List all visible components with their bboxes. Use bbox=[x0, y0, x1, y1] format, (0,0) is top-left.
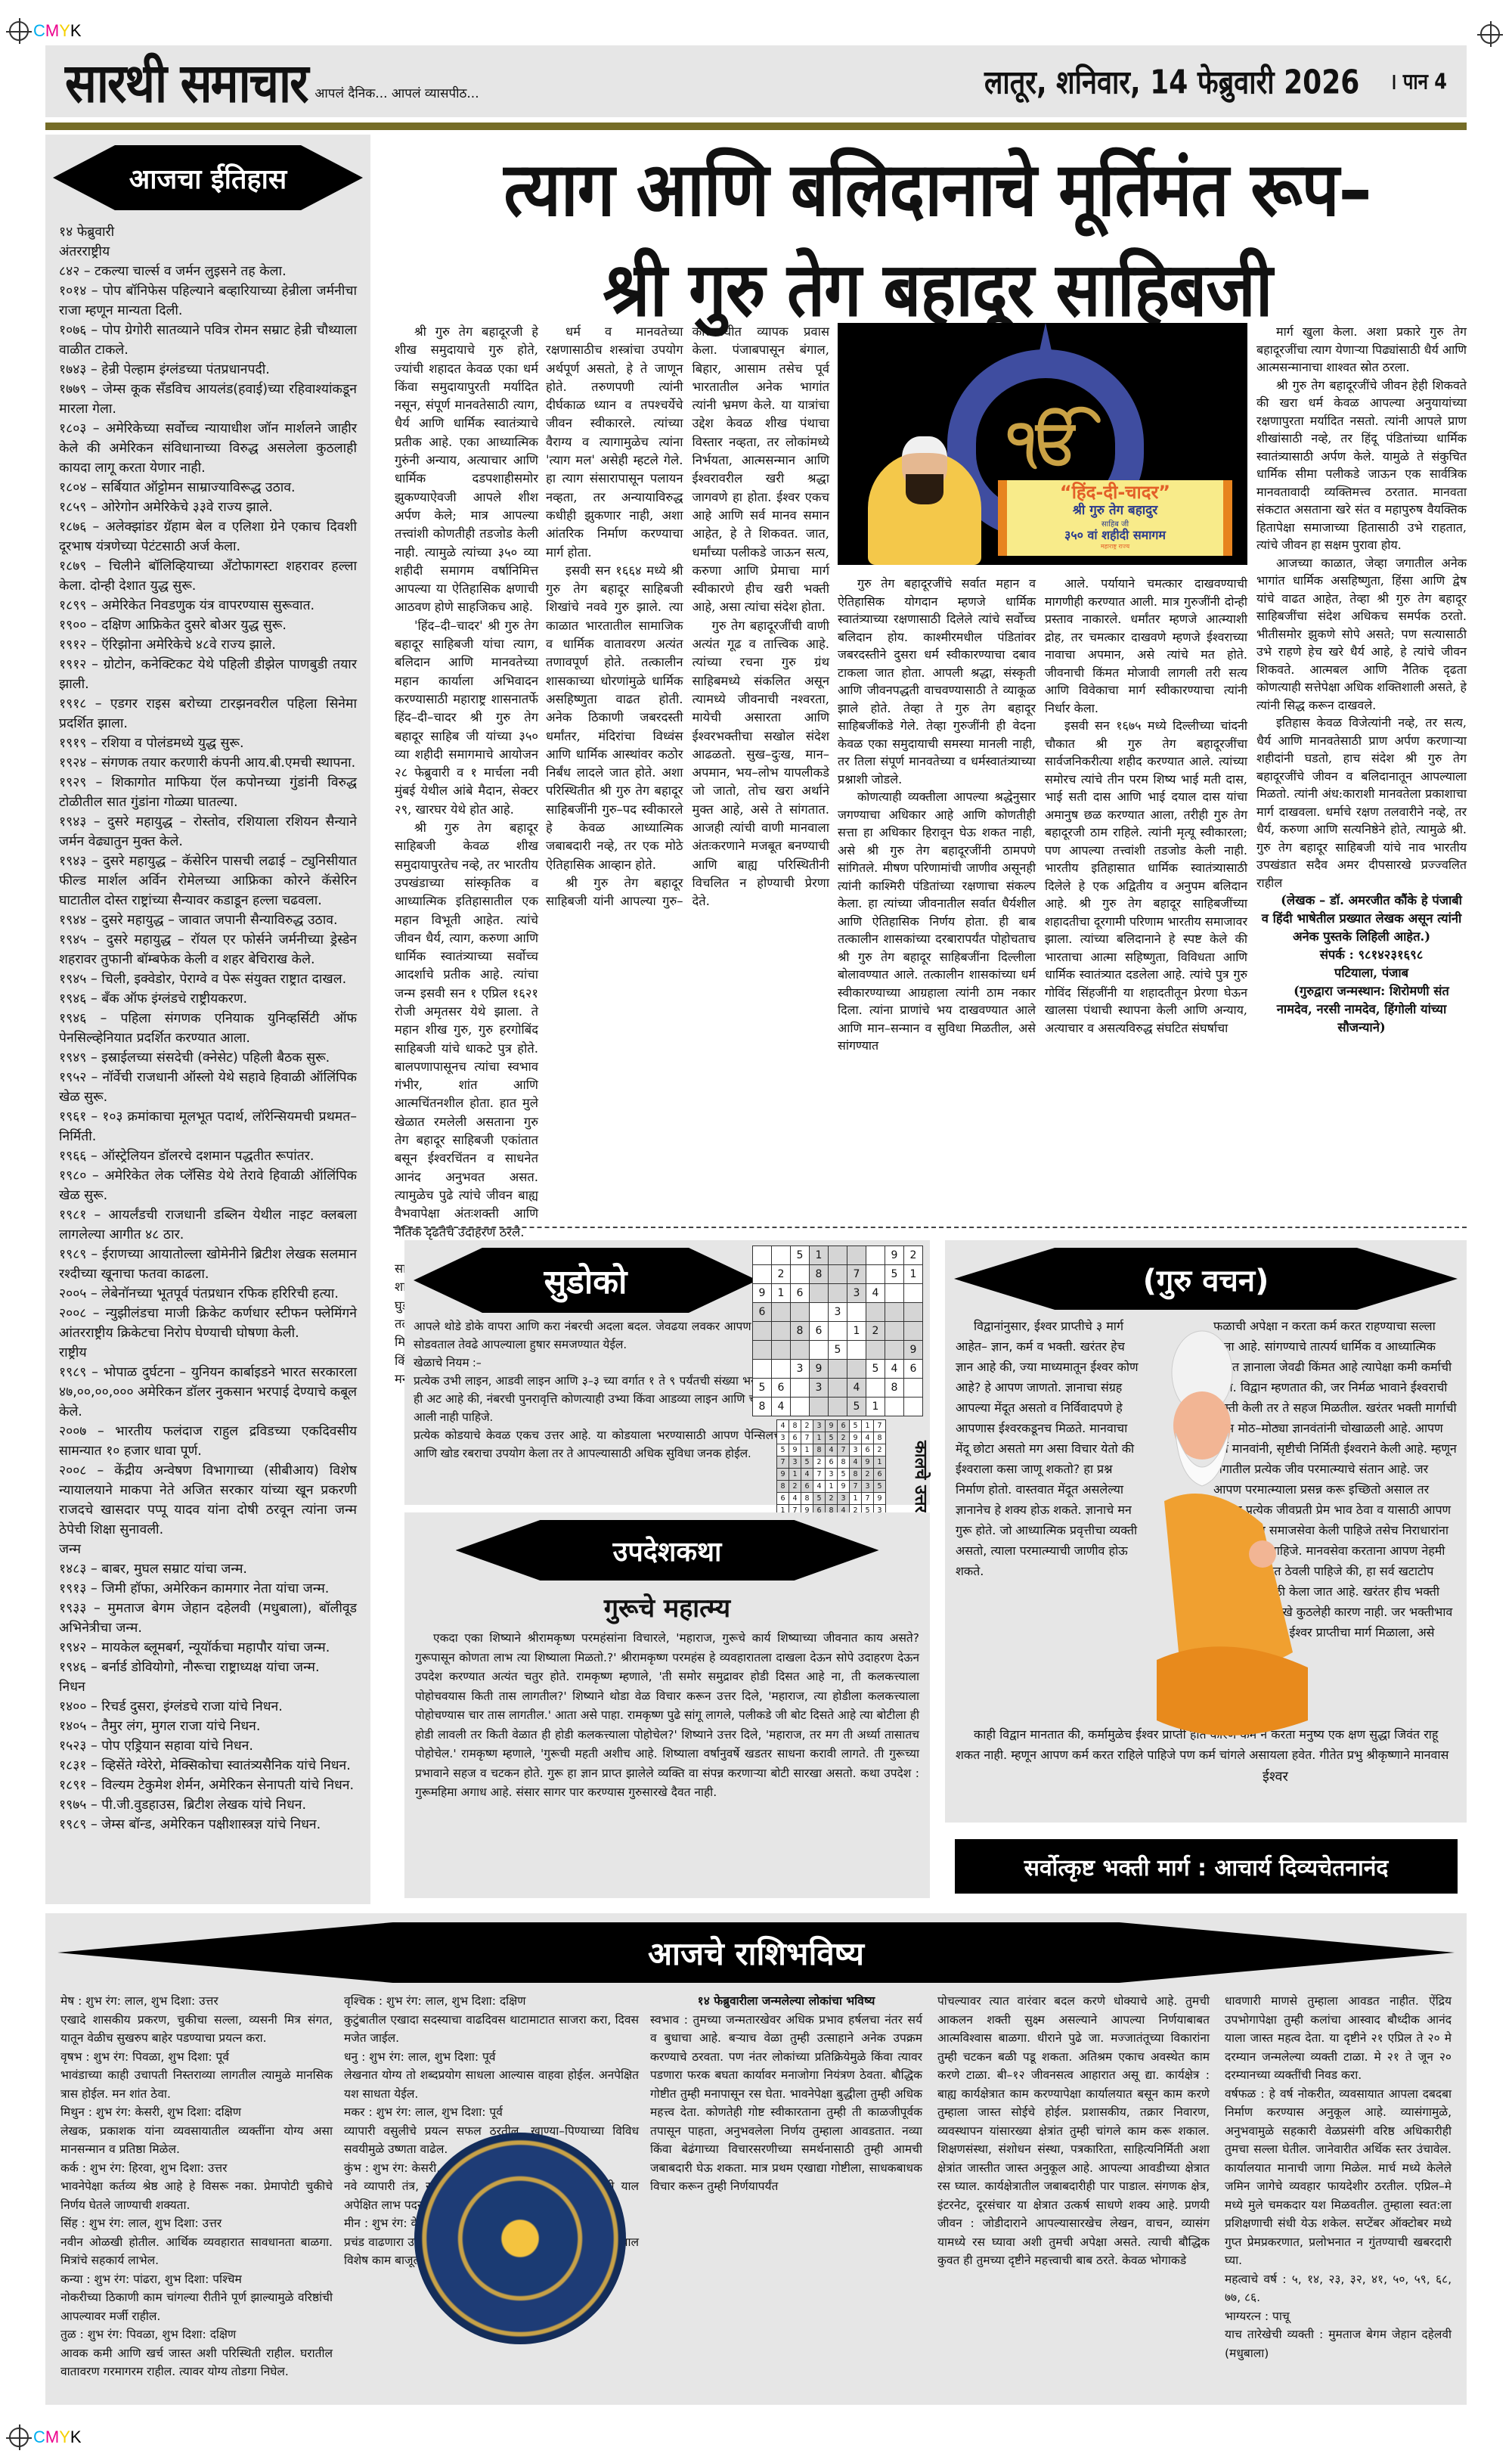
grid-cell[interactable] bbox=[772, 1360, 791, 1379]
grid-cell: 4 bbox=[813, 1481, 826, 1493]
grid-row: 39546 bbox=[753, 1360, 923, 1379]
grid-cell[interactable]: 5 bbox=[791, 1246, 810, 1265]
ik-onkar-icon: ੴ bbox=[1008, 406, 1081, 477]
grid-cell[interactable]: 9 bbox=[753, 1284, 772, 1303]
article-paragraph: इसवी सन १६७५ मध्ये दिल्लीच्या चांदनी चौक… bbox=[1045, 717, 1247, 1037]
rashi-sign-direction: उत्तर bbox=[203, 2216, 222, 2230]
grid-cell[interactable] bbox=[829, 1265, 847, 1284]
sudoku-heading: सुडोको bbox=[414, 1248, 758, 1313]
grid-row: 5192 bbox=[753, 1246, 923, 1265]
grid-cell: 2 bbox=[826, 1493, 838, 1505]
courtesy-note: (गुरुद्वारा जन्मस्थान: शिरोमणी संत नामदे… bbox=[1256, 982, 1467, 1037]
grid-cell[interactable] bbox=[791, 1379, 810, 1398]
grid-row: 591847362 bbox=[777, 1444, 886, 1456]
yearly-forecast: वर्षफळ : हे वर्ष नोकरीत, व्यवसायात आपला … bbox=[1225, 2085, 1452, 2270]
article-paragraph: गुरु तेग बहादूरजींची वाणी अत्यंत गूढ व त… bbox=[692, 617, 830, 911]
grid-cell: 7 bbox=[850, 1481, 862, 1493]
grid-cell[interactable] bbox=[829, 1322, 847, 1341]
history-item: ८४२ – टकल्या चार्ल्स व जर्मन लुइसने तह क… bbox=[59, 262, 357, 281]
rashi-sign-header: मकर : शुभ रंग: लाल, शुभ दिशा: पूर्व bbox=[344, 2103, 639, 2122]
grid-cell[interactable]: 3 bbox=[847, 1284, 866, 1303]
grid-cell: 8 bbox=[789, 1420, 801, 1432]
grid-cell: 4 bbox=[850, 1456, 862, 1469]
story-paragraph: एकदा एका शिष्याने श्रीरामकृष्ण परमहंसांन… bbox=[415, 1629, 919, 1803]
history-item: १९०० – दक्षिण आफ्रिकेत दुसरे बोअर युद्ध … bbox=[59, 616, 357, 635]
grid-cell[interactable]: 6 bbox=[810, 1322, 829, 1341]
grid-cell: 7 bbox=[838, 1444, 850, 1456]
grid-cell[interactable] bbox=[829, 1379, 847, 1398]
sudoku-puzzle-grid: 519228751916346386125939546563488451 bbox=[752, 1246, 923, 1416]
grid-cell: 6 bbox=[789, 1432, 801, 1444]
history-item: १९१२ – ऍरिझोना अमेरिकेचे ४८वे राज्य झाले… bbox=[59, 635, 357, 655]
history-item: १८९१ – विल्यम टेकुमेश शेर्मन, अमेरिकन से… bbox=[59, 1776, 357, 1795]
history-item: १९५२ – नॉर्वेची राजधानी ऑस्लो येथे सहावे… bbox=[59, 1068, 357, 1107]
history-heading: आजचा ईतिहास bbox=[53, 145, 363, 210]
history-item: १९६१ – १०३ क्रमांकाचा मूलभूत पदार्थ, लॉर… bbox=[59, 1107, 357, 1146]
grid-row: 8451 bbox=[753, 1398, 923, 1416]
grid-cell[interactable] bbox=[866, 1303, 885, 1322]
grid-cell[interactable]: 1 bbox=[866, 1398, 885, 1416]
grid-cell: 2 bbox=[813, 1456, 826, 1469]
grid-cell: 8 bbox=[850, 1469, 862, 1481]
rashi-sign-direction: दक्षिण bbox=[215, 2105, 241, 2119]
rashi-sign-text: नवीन ओळखी होतील. आर्थिक व्यवहारात सावधान… bbox=[60, 2233, 333, 2270]
grid-cell[interactable]: 1 bbox=[810, 1246, 829, 1265]
grid-cell[interactable]: 6 bbox=[904, 1360, 923, 1379]
rashi-sign-name: मेष bbox=[60, 1994, 74, 2008]
zodiac-wheel-icon bbox=[414, 2133, 626, 2344]
rashi-sign-name: सिंह bbox=[60, 2216, 78, 2230]
grid-cell[interactable] bbox=[772, 1322, 791, 1341]
grid-cell[interactable] bbox=[866, 1341, 885, 1360]
history-item: १९४५ – दुसरे महायुद्ध – रॉयल एर फोर्सने … bbox=[59, 930, 357, 969]
rashi-sign-color: लाल bbox=[128, 2216, 147, 2230]
grid-cell: 8 bbox=[813, 1444, 826, 1456]
grid-cell: 9 bbox=[826, 1420, 838, 1432]
horoscope-heading: आजचे राशिभविष्य bbox=[57, 1922, 1455, 1983]
article-paragraph: 'हिंद–दी–चादर' श्री गुरु तेग बहादूर साहि… bbox=[395, 617, 538, 819]
grid-cell: 9 bbox=[838, 1481, 850, 1493]
history-item: १९४३ – दुसरे महायुद्ध – रोस्तोव, रशियाला… bbox=[59, 812, 357, 852]
grid-cell: 1 bbox=[850, 1493, 862, 1505]
guru-tegh-bahadur-image: ੴ “हिंद-दी-चादर” श्री गुरु तेग बहादुर सा… bbox=[838, 323, 1247, 565]
grid-row: 63 bbox=[753, 1303, 923, 1322]
rashi-sign-header: धनु : शुभ रंग: लाल, शुभ दिशा: पूर्व bbox=[344, 2048, 639, 2067]
grid-cell: 5 bbox=[777, 1444, 789, 1456]
grid-cell[interactable]: 1 bbox=[772, 1284, 791, 1303]
grid-cell[interactable]: 5 bbox=[753, 1379, 772, 1398]
rashi-sign-name: वृश्चिक bbox=[344, 1994, 375, 2008]
grid-cell[interactable]: 9 bbox=[810, 1360, 829, 1379]
cmyk-print-mark: CMYK bbox=[9, 21, 82, 41]
grid-cell: 3 bbox=[862, 1481, 874, 1493]
history-section-label: राष्ट्रीय bbox=[59, 1343, 357, 1363]
rashi-sign-name: धनु bbox=[344, 2050, 358, 2064]
horoscope-column-3: १४ फेब्रुवारीला जन्मलेल्या लोकांचा भविष्… bbox=[650, 1992, 922, 2196]
grid-row: 56348 bbox=[753, 1379, 923, 1398]
grid-cell: 1 bbox=[874, 1456, 886, 1469]
rashi-sign-text: भावंडाच्या काही उचापती निस्तराव्या लागती… bbox=[60, 2066, 333, 2103]
saint-illustration-icon: ईश्वर bbox=[1149, 1327, 1315, 1811]
banner-event: ३५० वां शहीदी समागम bbox=[1007, 529, 1223, 542]
sudoku-rules: प्रत्येक उभी लाइन, आडवी लाइन आणि ३–३ च्य… bbox=[414, 1372, 784, 1426]
grid-cell[interactable] bbox=[904, 1303, 923, 1322]
grid-cell: 1 bbox=[813, 1432, 826, 1444]
grid-row: 59 bbox=[753, 1341, 923, 1360]
history-item: १९७५ – पी.जी.वुडहाउस, ब्रिटीश लेखक यांचे… bbox=[59, 1795, 357, 1815]
article-column-5: मार्ग खुला केला. अशा प्रकारे गुरु तेग बह… bbox=[1256, 323, 1467, 1037]
grid-cell[interactable]: 8 bbox=[753, 1398, 772, 1416]
newspaper-title: सारथी समाचार bbox=[65, 45, 307, 118]
grid-row: 8612 bbox=[753, 1322, 923, 1341]
history-item: १८५९ – ओरेगोन अमेरिकेचे ३३वे राज्य झाले. bbox=[59, 498, 357, 517]
grid-cell[interactable]: 2 bbox=[866, 1322, 885, 1341]
banner-sub: साहिब जी bbox=[1007, 518, 1223, 529]
banner-scroll: “हिंद-दी-चादर” श्री गुरु तेग बहादुर साहि… bbox=[998, 480, 1232, 556]
history-item: २००७ – भारतीय फलंदाज राहुल द्रविडच्या एक… bbox=[59, 1422, 357, 1461]
grid-cell: 7 bbox=[777, 1456, 789, 1469]
banner-title: “हिंद-दी-चादर” bbox=[1007, 482, 1223, 503]
rashi-sign-header: मिथुन : शुभ रंग: केसरी, शुभ दिशा: दक्षिण bbox=[60, 2103, 333, 2122]
grid-cell[interactable]: 8 bbox=[791, 1322, 810, 1341]
sudoku-intro: आपले थोडे डोके वापरा आणि करा नंबरची अदला… bbox=[414, 1317, 784, 1354]
grid-cell[interactable]: 5 bbox=[885, 1265, 904, 1284]
grid-cell[interactable] bbox=[904, 1284, 923, 1303]
history-item: १९६६ – ऑस्ट्रेलियन डॉलरचे दशमान पद्धतीत … bbox=[59, 1146, 357, 1166]
cmyk-print-mark-bottom: CMYK bbox=[9, 2427, 82, 2447]
rashi-sign-color: हिरवा bbox=[129, 2161, 152, 2175]
history-item: २००८ – न्युझीलंडचा माजी क्रिकेट कर्णधार … bbox=[59, 1304, 357, 1343]
cmyk-label: CMYK bbox=[33, 21, 82, 41]
history-item: १५२३ – पोप एड्रियान सहावा यांचे निधन. bbox=[59, 1736, 357, 1756]
sudoku-rules-label: खेळाचे नियम :– bbox=[414, 1354, 784, 1372]
grid-cell[interactable]: 8 bbox=[885, 1379, 904, 1398]
grid-cell[interactable]: 4 bbox=[866, 1284, 885, 1303]
grid-cell[interactable] bbox=[810, 1303, 829, 1322]
rashi-sign-color: लाल bbox=[426, 1994, 445, 2008]
history-item: १७४३ – हेन्री पेल्हाम इंग्लंडच्या पंतप्र… bbox=[59, 360, 357, 380]
grid-cell: 8 bbox=[874, 1432, 886, 1444]
grid-cell[interactable] bbox=[753, 1360, 772, 1379]
history-section-label: अंतरराष्ट्रीय bbox=[59, 242, 357, 262]
rashi-sign-header: वृश्चिक : शुभ रंग: लाल, शुभ दिशा: दक्षिण bbox=[344, 1992, 639, 2011]
grid-cell[interactable] bbox=[829, 1398, 847, 1416]
grid-cell[interactable] bbox=[847, 1360, 866, 1379]
grid-cell: 1 bbox=[826, 1481, 838, 1493]
grid-cell: 8 bbox=[801, 1493, 813, 1505]
grid-cell: 6 bbox=[838, 1420, 850, 1432]
same-date-person: याच तारेखेची व्यक्ती : मुमताज बेगम जेहान… bbox=[1225, 2325, 1452, 2362]
history-section-label: निधन bbox=[59, 1677, 357, 1697]
history-item: १८३१ – व्हिसेंते ग्वेरेरो, मेक्सिकोचा स्… bbox=[59, 1756, 357, 1776]
rashi-sign-name: कुंभ bbox=[344, 2161, 361, 2175]
history-item: १९४९ – इस्राईलच्या संसदेची (क्नेसेट) पहि… bbox=[59, 1048, 357, 1068]
rashi-sign-color: पिवळा bbox=[126, 2328, 154, 2341]
grid-cell[interactable] bbox=[885, 1303, 904, 1322]
grid-cell[interactable]: 1 bbox=[904, 1265, 923, 1284]
history-section-label: जन्म bbox=[59, 1540, 357, 1559]
grid-cell[interactable] bbox=[753, 1322, 772, 1341]
history-item: १०१४ – पोप बॉनिफेस पहिल्याने बव्हारियाच्… bbox=[59, 281, 357, 321]
history-item: १७७९ – जेम्स कूक सँडविच आयलंड(हवाई)च्या … bbox=[59, 380, 357, 419]
story-body: एकदा एका शिष्याने श्रीरामकृष्ण परमहंसांन… bbox=[415, 1629, 919, 1803]
rashi-sign-direction: दक्षिण bbox=[500, 1994, 526, 2008]
grid-cell[interactable]: 1 bbox=[847, 1322, 866, 1341]
rashi-sign-header: मेष : शुभ रंग: लाल, शुभ दिशा: उत्तर bbox=[60, 1992, 333, 2011]
grid-cell[interactable] bbox=[904, 1398, 923, 1416]
grid-cell: 3 bbox=[789, 1456, 801, 1469]
history-list: १४ फेब्रुवारी अंतरराष्ट्रीय८४२ – टकल्या … bbox=[53, 210, 363, 1835]
rashi-sign-color: लाल bbox=[408, 2050, 427, 2064]
rashi-sign-text: आवक कमी आणि खर्च जास्त अशी परिस्थिती राह… bbox=[60, 2344, 333, 2381]
history-item: १९१९ – रशिया व पोलंडमध्ये युद्ध सुरू. bbox=[59, 734, 357, 753]
grid-cell[interactable] bbox=[810, 1341, 829, 1360]
rashi-sign-header: कर्क : शुभ रंग: हिरवा, शुभ दिशा: उत्तर bbox=[60, 2159, 333, 2178]
grid-row: 91634 bbox=[753, 1284, 923, 1303]
page-number: । पान 4 bbox=[1390, 67, 1447, 97]
grid-row: 482396517 bbox=[777, 1420, 886, 1432]
grid-cell: 8 bbox=[838, 1456, 850, 1469]
registration-mark-icon bbox=[9, 21, 29, 41]
registration-mark-icon bbox=[9, 2427, 29, 2447]
grid-cell: 7 bbox=[813, 1469, 826, 1481]
grid-cell[interactable]: 9 bbox=[904, 1341, 923, 1360]
history-item: १८०३ – अमेरिकेच्या सर्वोच्च न्यायाधीश जॉ… bbox=[59, 419, 357, 478]
horoscope-column-4: पोचल्यावर त्यात वारंवार बदल करणे धोक्याच… bbox=[937, 1992, 1210, 2270]
grid-cell: 7 bbox=[801, 1432, 813, 1444]
grid-cell[interactable] bbox=[829, 1284, 847, 1303]
history-item: १९२९ – शिकागोत माफिया ऍल कपोनच्या गुंडां… bbox=[59, 773, 357, 812]
history-item: १४८३ – बाबर, मुघल सम्राट यांचा जन्म. bbox=[59, 1559, 357, 1579]
grid-cell: 6 bbox=[777, 1493, 789, 1505]
rashi-sign-text: नोकरीच्या ठिकाणी काम चांगल्या रीतीने पूर… bbox=[60, 2288, 333, 2325]
grid-cell[interactable]: 3 bbox=[829, 1303, 847, 1322]
grid-cell: 5 bbox=[801, 1456, 813, 1469]
history-item: १९१२ – ग्रोटोन, कनेक्टिकट येथे पहिली डीझ… bbox=[59, 655, 357, 694]
section-divider bbox=[393, 1227, 1467, 1228]
article-column-4: आले. पर्यायाने चमत्कार दाखवण्याची मागणीह… bbox=[1045, 575, 1247, 1037]
grid-cell[interactable] bbox=[866, 1246, 885, 1265]
history-item: २००८ – केंद्रीय अन्वेषण विभागाच्या (सीबी… bbox=[59, 1461, 357, 1540]
grid-cell: 3 bbox=[777, 1432, 789, 1444]
history-item: १९८९ – भोपाळ दुर्घटना – युनियन कार्बाइडन… bbox=[59, 1363, 357, 1422]
grid-cell: 5 bbox=[813, 1493, 826, 1505]
figure-label: ईश्वर bbox=[1263, 1768, 1288, 1785]
grid-cell: 4 bbox=[801, 1469, 813, 1481]
grid-cell[interactable]: 2 bbox=[904, 1246, 923, 1265]
rashi-sign-name: तुळ bbox=[60, 2328, 76, 2341]
grid-cell: 2 bbox=[862, 1469, 874, 1481]
grid-cell: 3 bbox=[850, 1444, 862, 1456]
grid-cell: 9 bbox=[862, 1456, 874, 1469]
history-item: १९८० – अमेरिकेत लेक प्लॅसिड येथे तेरावे … bbox=[59, 1166, 357, 1205]
grid-cell[interactable] bbox=[829, 1246, 847, 1265]
rashi-sign-color: पांढरा bbox=[133, 2272, 157, 2286]
grid-cell: 3 bbox=[813, 1420, 826, 1432]
history-item: १९४४ – दुसरे महायुद्ध – जावात जपानी सैन्… bbox=[59, 910, 357, 930]
grid-cell: 9 bbox=[850, 1432, 862, 1444]
article-column-3: गुरु तेग बहादूरजींचे सर्वात महान व ऐतिहा… bbox=[838, 575, 1036, 1055]
article-paragraph: इतिहास केवळ विजेत्यांनी नव्हे, तर सत्य, … bbox=[1256, 714, 1467, 892]
article-paragraph: श्री गुरु तेग बहादूर साहिबजी केवळ शीख सम… bbox=[395, 819, 538, 1242]
history-item: १८०४ – सर्बियात ऑट्टोमन साम्राज्याविरूद्… bbox=[59, 478, 357, 498]
rashi-sign-direction: उत्तर bbox=[199, 1994, 218, 2008]
grid-cell[interactable]: 3 bbox=[810, 1379, 829, 1398]
grid-cell[interactable] bbox=[791, 1341, 810, 1360]
grid-cell[interactable] bbox=[753, 1246, 772, 1265]
history-item: १९४६ – बर्नार्ड डोवियोगो, नौरूचा राष्ट्र… bbox=[59, 1658, 357, 1677]
rashi-sign-name: मिथुन bbox=[60, 2105, 85, 2119]
grid-cell: 3 bbox=[838, 1493, 850, 1505]
grid-cell: 2 bbox=[874, 1444, 886, 1456]
grid-cell[interactable]: 4 bbox=[847, 1379, 866, 1398]
grid-cell[interactable]: 3 bbox=[791, 1360, 810, 1379]
masthead: सारथी समाचार आपलं दैनिक... आपलं व्यासपीठ… bbox=[45, 45, 1467, 117]
rashi-sign-direction: पश्चिम bbox=[212, 2272, 242, 2286]
important-years: महत्वाचे वर्ष : ५, १४, २३, ३२, ४१, ५०, ५… bbox=[1225, 2270, 1452, 2307]
grid-cell[interactable] bbox=[847, 1303, 866, 1322]
grid-cell[interactable]: 4 bbox=[772, 1398, 791, 1416]
grid-cell[interactable] bbox=[810, 1398, 829, 1416]
grid-cell: 2 bbox=[789, 1481, 801, 1493]
history-item: १८७६ – अलेक्झांडर ग्रॅहाम बेल व एलिशा ग्… bbox=[59, 517, 357, 557]
grid-cell[interactable] bbox=[885, 1341, 904, 1360]
sudoku-note: प्रत्येक कोडयाचे केवळ एकच उत्तर आहे. या … bbox=[414, 1426, 784, 1463]
rashi-sign-name: मकर bbox=[344, 2105, 365, 2119]
rashi-sign-text: कुटुंबातील एखादा सदस्याचा वाढदिवस थाटामा… bbox=[344, 2011, 639, 2048]
rashi-sign-direction: पूर्व bbox=[482, 2050, 495, 2064]
grid-cell: 5 bbox=[826, 1432, 838, 1444]
grid-cell: 9 bbox=[789, 1444, 801, 1456]
grid-cell: 3 bbox=[826, 1469, 838, 1481]
sudoku-instructions: आपले थोडे डोके वापरा आणि करा नंबरची अदला… bbox=[414, 1317, 784, 1463]
grid-cell[interactable]: 6 bbox=[791, 1284, 810, 1303]
guru-vachan-byline: सर्वोत्कृष्ट भक्ती मार्ग : आचार्य दिव्यच… bbox=[955, 1839, 1458, 1894]
guru-vachan-heading: (गुरु वचन) bbox=[954, 1248, 1458, 1310]
grid-cell[interactable] bbox=[885, 1284, 904, 1303]
rashi-sign-color: केसरी bbox=[411, 2161, 436, 2175]
grid-cell: 4 bbox=[789, 1493, 801, 1505]
rashi-sign-header: सिंह : शुभ रंग: लाल, शुभ दिशा: उत्तर bbox=[60, 2214, 333, 2233]
grid-cell[interactable]: 6 bbox=[772, 1379, 791, 1398]
history-item: १९४२ – मायकेल ब्लूमबर्ग, न्यूयॉर्कचा महा… bbox=[59, 1638, 357, 1658]
grid-cell[interactable] bbox=[847, 1246, 866, 1265]
grid-cell: 5 bbox=[874, 1481, 886, 1493]
rashi-sign-text: भावनेपेक्षा कर्तव्य श्रेष्ठ आहे हे विसरू… bbox=[60, 2177, 333, 2214]
grid-cell[interactable] bbox=[753, 1341, 772, 1360]
history-item: १९४५ – चिली, इक्वेडोर, पेराग्वे व पेरू स… bbox=[59, 969, 357, 989]
grid-cell[interactable] bbox=[885, 1398, 904, 1416]
grid-row: 735268491 bbox=[777, 1456, 886, 1469]
article-paragraph: श्री गुरु तेग बहादूरजी हे शीख समुदायाचे … bbox=[395, 323, 538, 617]
newspaper-tagline: आपलं दैनिक... आपलं व्यासपीठ... bbox=[314, 84, 479, 101]
grid-cell[interactable] bbox=[772, 1303, 791, 1322]
grid-cell[interactable] bbox=[753, 1265, 772, 1284]
author-note: (लेखक – डॉ. अमरजीत कौंके हे पंजाबी व हिं… bbox=[1256, 892, 1467, 946]
history-item: १९१८ – एडगर राइस बरोच्या टारझनवरील पहिला… bbox=[59, 694, 357, 734]
article-paragraph: धर्म व मानवतेच्या रक्षणासाठीच शस्त्रांचा… bbox=[546, 323, 683, 562]
grid-cell[interactable]: 5 bbox=[829, 1341, 847, 1360]
grid-cell: 9 bbox=[874, 1493, 886, 1505]
article-column-2: धर्म व मानवतेच्या रक्षणासाठीच शस्त्रांचा… bbox=[546, 323, 829, 1215]
sudoku-answer-label: कालचे उत्तर bbox=[909, 1441, 931, 1512]
rashi-sign-direction: दक्षिण bbox=[210, 2328, 237, 2341]
grid-cell: 8 bbox=[777, 1481, 789, 1493]
grid-cell[interactable]: 6 bbox=[753, 1303, 772, 1322]
grid-cell[interactable] bbox=[791, 1303, 810, 1322]
history-item: १४०० – रिचर्ड दुसरा, इंग्लंडचे राजा यांच… bbox=[59, 1697, 357, 1717]
rashi-sign-color: पिवळा bbox=[132, 2050, 160, 2064]
grid-cell[interactable]: 5 bbox=[847, 1398, 866, 1416]
grid-row: 367152948 bbox=[777, 1432, 886, 1444]
article-paragraph: गुरु तेग बहादूरजींचे सर्वात महान व ऐतिहा… bbox=[838, 575, 1036, 788]
grid-cell[interactable] bbox=[772, 1246, 791, 1265]
grid-cell: 4 bbox=[826, 1444, 838, 1456]
grid-cell[interactable]: 7 bbox=[847, 1265, 866, 1284]
history-item: १९४६ – पहिला संगणक एनियाक युनिव्हर्सिटी … bbox=[59, 1009, 357, 1048]
guru-vachan-left-text: विद्वानांनुसार, ईश्वर प्राप्तीचे ३ मार्ग… bbox=[956, 1316, 1145, 1581]
grid-cell[interactable] bbox=[791, 1265, 810, 1284]
masthead-rule bbox=[45, 123, 1467, 130]
rashi-sign-direction: पूर्व bbox=[216, 2050, 229, 2064]
grid-cell: 2 bbox=[838, 1432, 850, 1444]
history-item: १४०५ – तैमुर लंग, मुगल राजा यांचे निधन. bbox=[59, 1717, 357, 1736]
lucky-gem: भाग्यरत्न : पाचू bbox=[1225, 2307, 1452, 2326]
rashi-sign-text: लेखनात योग्य तो शब्दप्रयोग साधला आल्यास … bbox=[344, 2066, 639, 2103]
grid-cell[interactable] bbox=[847, 1341, 866, 1360]
rashi-sign-header: वृषभ : शुभ रंग: पिवळा, शुभ दिशा: पूर्व bbox=[60, 2048, 333, 2067]
history-item: १०७६ – पोप ग्रेगोरी सातव्याने पवित्र रोम… bbox=[59, 321, 357, 360]
article-paragraph: इसवी सन १६६४ मध्ये श्री गुरु तेग बहादूर … bbox=[546, 562, 683, 874]
rashi-sign-direction: उत्तर bbox=[208, 2161, 228, 2175]
grid-cell: 7 bbox=[862, 1493, 874, 1505]
grid-cell: 6 bbox=[874, 1469, 886, 1481]
grid-cell[interactable] bbox=[904, 1322, 923, 1341]
rashi-sign-name: कर्क bbox=[60, 2161, 79, 2175]
grid-cell[interactable] bbox=[904, 1379, 923, 1398]
article-headline: त्याग आणि बलिदानाचे मूर्तिमंत रूप– श्री … bbox=[393, 140, 1482, 340]
grid-cell: 1 bbox=[801, 1444, 813, 1456]
grid-cell: 4 bbox=[862, 1432, 874, 1444]
grid-cell: 5 bbox=[850, 1420, 862, 1432]
rashi-sign-header: कन्या : शुभ रंग: पांढरा, शुभ दिशा: पश्चि… bbox=[60, 2270, 333, 2289]
rashi-sign-text: एखादे शासकीय प्रकरण, चुकीचा सल्ला, व्यसन… bbox=[60, 2011, 333, 2048]
grid-cell[interactable] bbox=[772, 1341, 791, 1360]
grid-cell[interactable] bbox=[791, 1398, 810, 1416]
grid-cell[interactable]: 9 bbox=[885, 1246, 904, 1265]
grid-cell[interactable]: 5 bbox=[866, 1360, 885, 1379]
grid-cell[interactable]: 8 bbox=[810, 1265, 829, 1284]
grid-cell[interactable] bbox=[866, 1265, 885, 1284]
grid-cell[interactable] bbox=[810, 1284, 829, 1303]
horoscope-column-5: धावणारी माणसे तुम्हाला आवडत नाहीत. ऐंद्र… bbox=[1225, 1992, 1452, 2362]
grid-row: 826419735 bbox=[777, 1481, 886, 1493]
birthday-partner-text: धावणारी माणसे तुम्हाला आवडत नाहीत. ऐंद्र… bbox=[1225, 1992, 1452, 2085]
birthday-text: स्वभाव : तुमच्या जन्मतारखेवर अधिक प्रभाव… bbox=[650, 2011, 922, 2196]
article-paragraph: कोणत्याही व्यक्तीला आपल्या श्रद्धेनुसार … bbox=[838, 788, 1036, 1055]
history-item: १९३३ – मुमताज बेगम जेहान दहेलवी (मधुबाला… bbox=[59, 1599, 357, 1638]
grid-cell[interactable]: 2 bbox=[772, 1265, 791, 1284]
history-item: १९८९ – ईराणच्या आयातोल्ला खोमेनीने ब्रिट… bbox=[59, 1245, 357, 1284]
history-item: १९२४ – संगणक तयार करणारी कंपनी आय.बी.एमच… bbox=[59, 753, 357, 773]
grid-cell: 2 bbox=[801, 1420, 813, 1432]
grid-cell[interactable]: 4 bbox=[885, 1360, 904, 1379]
grid-cell[interactable] bbox=[829, 1360, 847, 1379]
grid-cell[interactable] bbox=[885, 1322, 904, 1341]
grid-cell[interactable] bbox=[866, 1379, 885, 1398]
updeshkatha-heading: उपदेशकथा bbox=[456, 1520, 879, 1581]
history-item: १८९९ – अमेरिकेत निवडणुक यंत्र वापरण्यास … bbox=[59, 596, 357, 616]
